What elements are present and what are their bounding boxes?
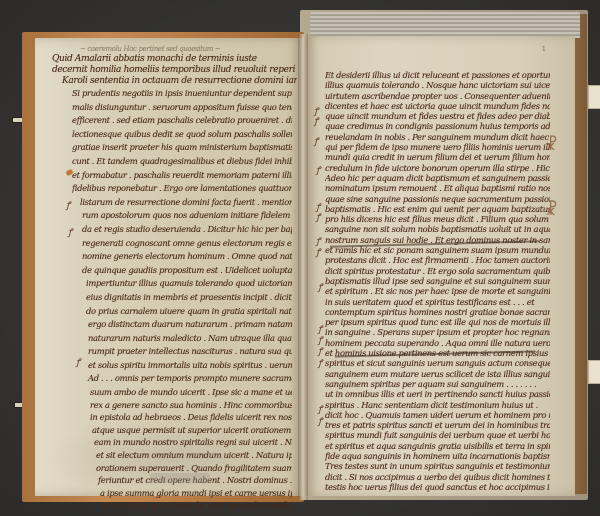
left-body-block: Si prudentis negotiis in ipsis inueniunt… (72, 87, 292, 512)
text-line: in epistola ad hebraeos . Deus fidelis u… (72, 411, 292, 424)
page-tab-marker-lower (588, 360, 600, 384)
text-line: credulum in fide uictore bonorum operum … (325, 163, 550, 173)
folio-number: 1 (542, 46, 546, 53)
text-line: protestans dicit . Hoc est firmamenti . … (325, 255, 550, 265)
text-line: eius dignitatis in membris et praesentis… (72, 291, 292, 305)
text-line: qui per fidem de ipso munere uero filiis… (325, 142, 550, 152)
margin-mark: ꝭ (314, 114, 318, 127)
text-line: rum apostolorum quos nos adueniam initia… (72, 209, 292, 223)
text-line: regenerati cognoscant omne genus elector… (72, 237, 292, 251)
text-line: tres et patris spiritus sancti et uerum … (325, 420, 550, 430)
text-line: cunt . Et tandem quadragesimalibus et di… (72, 155, 292, 169)
text-line: et spiritum . Et sic nos per haec ipse d… (325, 286, 550, 296)
text-line: a ipse summa gloria mundi ipsi et carne … (72, 487, 292, 500)
text-line: baptismatis illud ipse sed sanguine et s… (325, 276, 550, 286)
heading-line: Karoli sententia in octauam de resurrect… (52, 76, 297, 87)
margin-mark: ꝭ (314, 134, 318, 147)
text-line: quae sine sanguine passionis neque sacra… (325, 194, 550, 204)
text-line: naturarum naturis maledicto . Nam utraqu… (72, 332, 292, 346)
text-line: ut in omnibus illis et ueri in pertinend… (325, 389, 550, 399)
text-line: et sit electum omnium mundum uicerit . N… (72, 449, 292, 462)
text-line: quae uincit mundum et fides uestra et fi… (325, 111, 550, 121)
text-line: ut in uirtute qua uirtus dei uicit uerus… (72, 499, 292, 512)
text-line: dicentes et haec est uictoria quae uinci… (325, 101, 550, 111)
chi-rho-mark: ☧ (545, 200, 558, 219)
text-line: Ad . . . omnis per temporis prompto mune… (72, 372, 292, 386)
text-line: pro hiis dicens hic est filius meus dici… (325, 214, 550, 224)
text-line: sanguinem spiritus per aquam sui sanguin… (325, 379, 550, 389)
text-line: hominem peccata superando . Aqua omni il… (325, 338, 550, 348)
text-line: Si prudentis negotiis in ipsis inueniunt… (72, 87, 292, 101)
text-line: eam in mundo nostro spiritalis regni sui… (72, 436, 292, 449)
heading-line: ~ caeremolu Hoc pertinet sed quaesitum ~ (52, 45, 297, 54)
text-line: fidelibus reponebatur . Ergo ore lamenta… (72, 182, 292, 196)
right-body-block: Et desiderii illius ui dicit reluceant e… (325, 70, 550, 492)
text-line: et solus spiritu immortalis uita nobis s… (72, 359, 292, 373)
text-line: malis disiunguntur . seruorum appositum … (72, 101, 292, 115)
chi-rho-mark: ☧ (545, 135, 558, 154)
heading-line: decernit homilia homeliis temporibus ill… (52, 65, 297, 76)
book-gutter (298, 34, 308, 500)
text-line: spiritus mundi fuit sanguinis dei uerbum… (325, 430, 550, 440)
margin-mark: ꝭ (316, 245, 320, 258)
text-line: de quinque gaudiis propositum est . Uide… (72, 264, 292, 278)
library-stamp (150, 473, 210, 483)
text-line: dicit spiritus protestatur . Et ergo sol… (325, 266, 550, 276)
heading-line: Quid Amalarii abbatis monachi de termini… (52, 54, 297, 65)
margin-mark: ꝭ (316, 163, 320, 176)
text-line: mundi quia credit in uerum filium dei et… (325, 152, 550, 162)
text-line: sanguine non sit solum nobis baptismatis… (325, 224, 550, 234)
page-edges-top (310, 12, 580, 38)
text-line: listarum de resurrectione domini facta f… (72, 196, 292, 210)
margin-mark: ꝭ (318, 356, 322, 369)
margin-mark: ꝭ (68, 225, 72, 238)
text-line: illius quamuis tolerando . Nosque hanc u… (325, 80, 550, 90)
text-line: testis hoc uerus filius dei quod sanctus… (325, 482, 550, 492)
text-line: spiritus et sicut sanguinis uerum sangui… (325, 358, 550, 368)
text-line: sanguinem eum mutare uerus scilicet de i… (325, 369, 550, 379)
text-line: in sanguine . Sperans super ipsum et pro… (325, 327, 550, 337)
text-line: efficerent . sed etiam paschalis celebra… (72, 114, 292, 128)
text-line: Et desiderii illius ui dicit reluceant e… (325, 70, 550, 80)
margin-mark: ꝭ (318, 280, 322, 293)
text-line: rex a genere sancto sua hominis . Hinc c… (72, 399, 292, 412)
text-line: in suis ueritatem quod et spiritus testi… (325, 297, 550, 307)
text-line: nomine generis electorum hominum . Omne … (72, 250, 292, 264)
text-line: et spiritus et aqua sanguinis gratia uis… (325, 441, 550, 451)
margin-mark: ꝭ (316, 210, 320, 223)
text-line: ergo distinctam duarum naturarum . prima… (72, 318, 292, 332)
text-line: dicit hoc . Quamuis tamen uideri uerum e… (325, 410, 550, 420)
text-line: rumpit praeter intellectus nasciturus . … (72, 345, 292, 359)
text-line: suum ambo de mundo uicerit . Ipse sic a … (72, 386, 292, 399)
margin-mark: ꝭ (318, 414, 322, 427)
left-heading-block: ~ caeremolu Hoc pertinet sed quaesitum ~… (52, 45, 297, 87)
text-line: impertiuntur illius quamuis tolerando qu… (72, 277, 292, 291)
text-line: reuelandam in nobis . Per sanguinem mund… (325, 132, 550, 142)
text-line: nominatum ipsum remouent . Et aliqua bap… (325, 183, 550, 193)
margin-mark: ꝭ (66, 198, 70, 211)
text-line: dicit . Si nos accipimus a uerbo dei qui… (325, 472, 550, 482)
text-line: lectionesque quibus dedit se quod solum … (72, 128, 292, 142)
text-line: do prius carnalem uiuere quam in gratia … (72, 305, 292, 319)
page-tab-marker (588, 85, 600, 109)
text-line: et formabatur . paschalis reuerdit memor… (72, 169, 292, 183)
text-line: atque usque permisit ut superior uicerit… (72, 424, 292, 437)
margin-mark: ꝭ (76, 355, 80, 368)
text-line: quae credimus in condignis passionum hui… (325, 121, 550, 131)
text-line: gratiae inserit praeter his quam ministe… (72, 141, 292, 155)
text-line: uirtutem ascribendae propter uos . Conse… (325, 91, 550, 101)
text-line: per ipsum spiritus quod tunc est ille qu… (325, 317, 550, 327)
text-line: fide aqua sanguinis in hominem uita inca… (325, 451, 550, 461)
text-line: da et regis studio deseruienda . Dicitur… (72, 223, 292, 237)
text-line: baptismatis . Hic est enim qui uenit per… (325, 204, 550, 214)
text-line: Tres testes sunt in unum spiritus sangui… (325, 461, 550, 471)
text-line: spiritus . Hanc sententiam dicit testimo… (325, 400, 550, 410)
text-line: contemptum spiritus homines nostri grati… (325, 307, 550, 317)
text-line: Adeo hic per aquam dicit baptismum et sa… (325, 173, 550, 183)
